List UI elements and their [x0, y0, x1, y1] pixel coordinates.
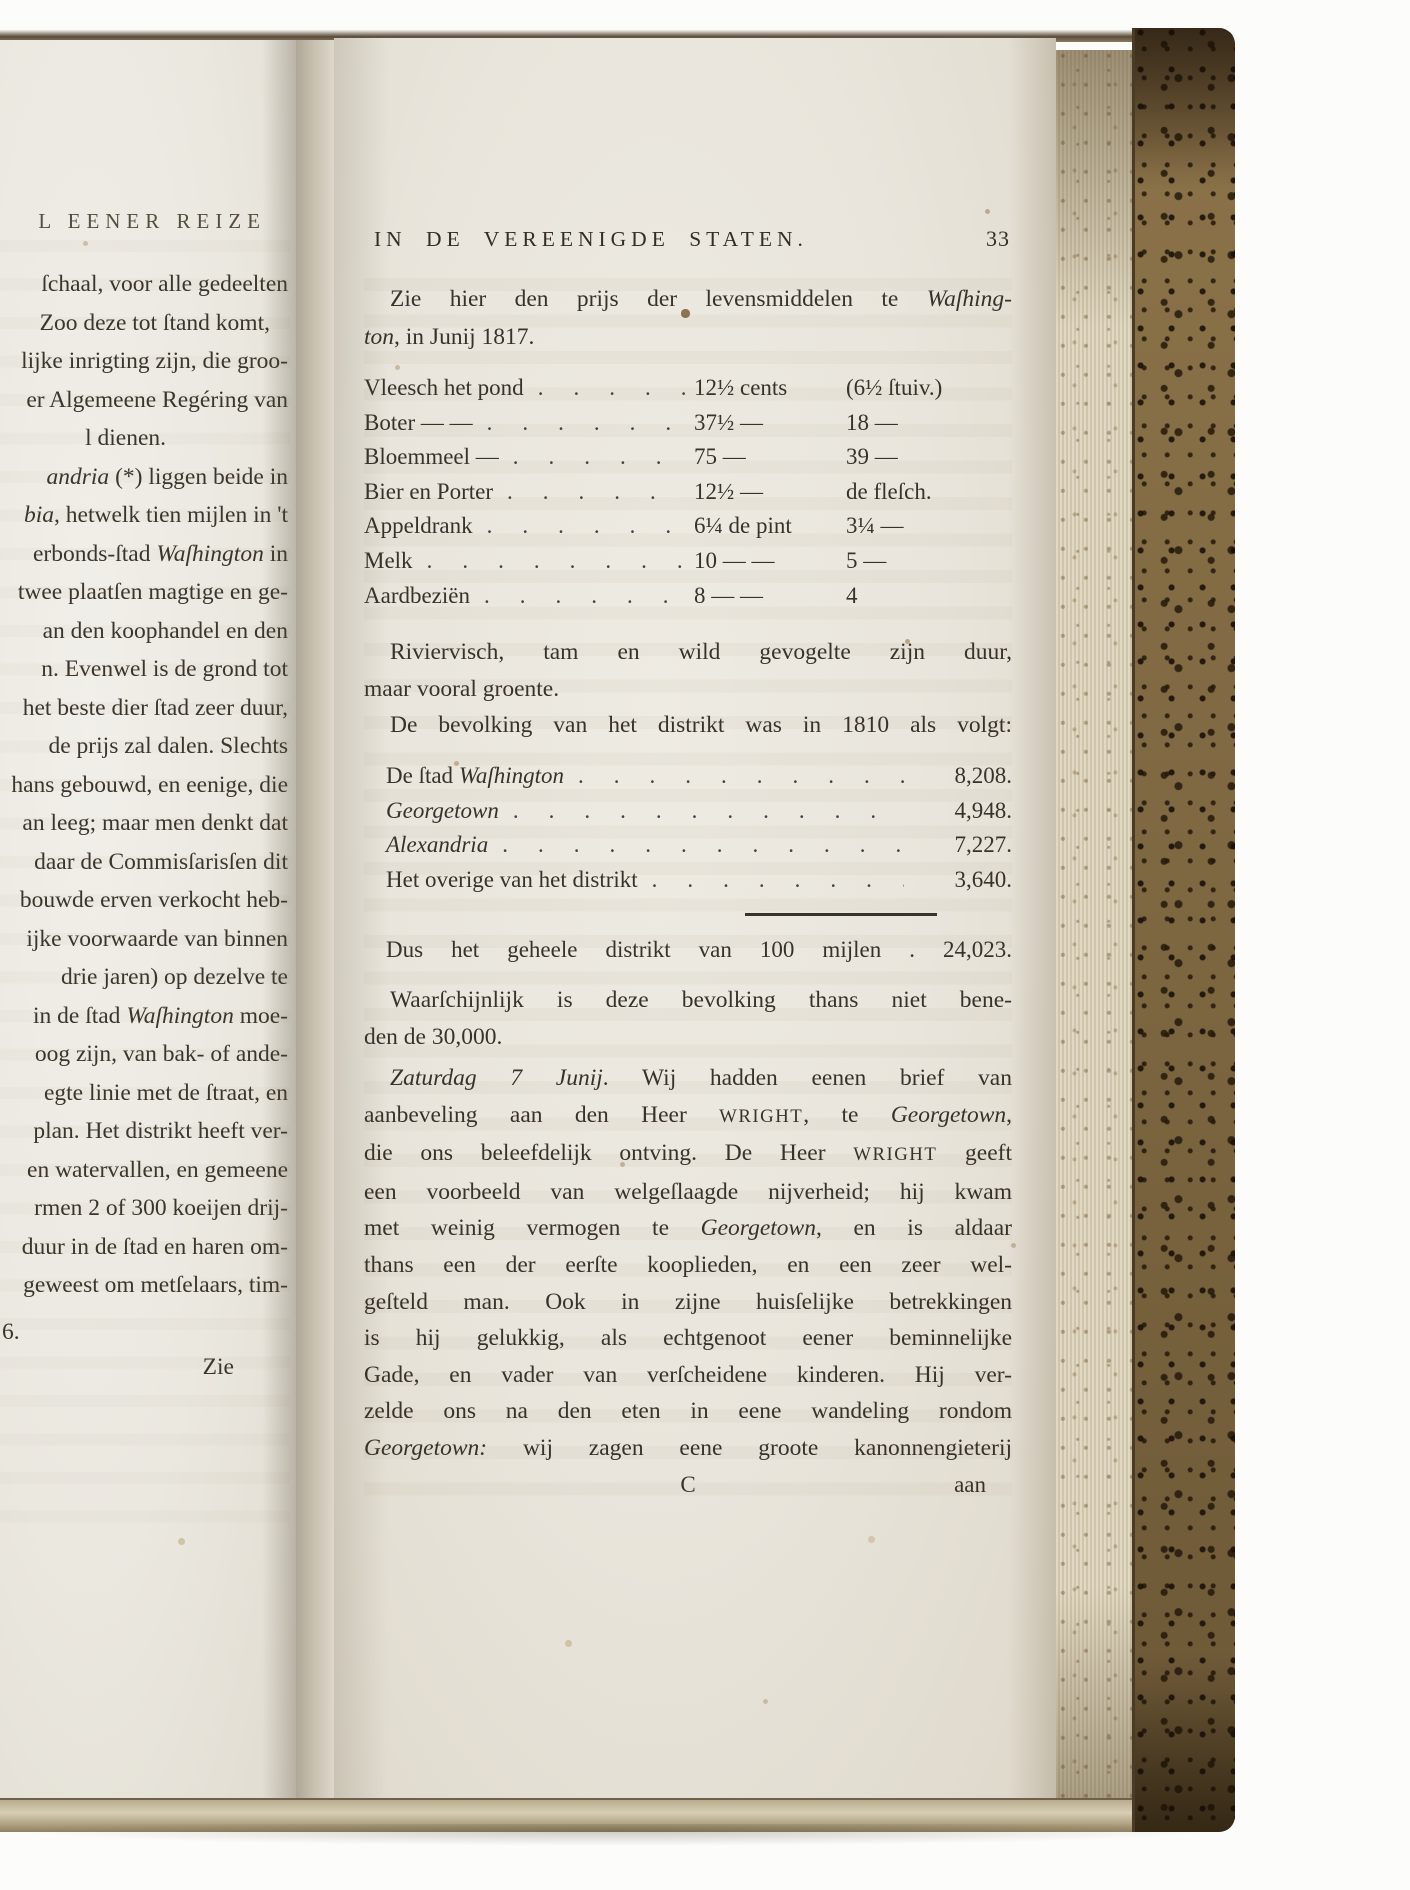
text-line: Waarſchijnlijk is deze bevolking thans n…: [364, 982, 1012, 1019]
left-text-line: geweest om metſelaars, tim-: [23, 1272, 288, 1299]
book-shadow: [10, 1824, 1225, 1846]
text-line: aanbeveling aan den Heer WRIGHT, te Geor…: [364, 1097, 1012, 1136]
text-line: een voorbeeld van welgeſlaagde nijverhei…: [364, 1174, 1012, 1211]
price-stuivers: 5 —: [846, 548, 1012, 574]
left-text-line: in de ſtad Waſhington moe-: [33, 1003, 288, 1030]
dot-leader: ........................: [638, 867, 904, 893]
left-text-line: drie jaren) op dezelve te: [61, 964, 288, 991]
left-text-line: duur in de ſtad en haren om-: [22, 1234, 288, 1261]
price-item-label: Vleesch het pond: [364, 375, 524, 401]
page-number: 33: [986, 226, 1012, 252]
price-item-label: Boter — —: [364, 410, 473, 436]
price-item-label: Appeldrank: [364, 513, 473, 539]
left-text-line: oog zijn, van bak- of ande-: [35, 1041, 288, 1068]
price-cents: 6¼ de pint: [694, 513, 846, 539]
left-text-line: ijke voorwaarde van binnen: [26, 926, 288, 953]
book-photograph: { "book": { "colors": { "paper": "#eae6d…: [0, 0, 1410, 1890]
text-line: Gade, en vader van verſcheidene kinderen…: [364, 1357, 1012, 1394]
dot-leader: ........................: [473, 410, 686, 436]
text-line: die ons beleefdelijk ontving. De Heer WR…: [364, 1135, 1012, 1174]
price-table: Vleesch het pond........................…: [364, 375, 1012, 617]
right-catchword: aan: [954, 1472, 986, 1498]
population-row: Het overige van het distrikt............…: [364, 867, 1012, 902]
left-text-line: twee plaatſen magtige en ge-: [18, 579, 288, 606]
population-value: 3,640.: [912, 867, 1012, 893]
left-running-header: L EENER REIZE: [38, 209, 266, 234]
dot-leader: ........................: [488, 832, 904, 858]
price-row: Bloemmeel —........................75 —3…: [364, 444, 1012, 479]
price-item-label: Melk: [364, 548, 413, 574]
left-text-line: erbonds-ſtad Waſhington in: [33, 541, 288, 568]
price-row: Appeldrank........................6¼ de …: [364, 513, 1012, 548]
price-stuivers: 39 —: [846, 444, 1012, 470]
dot-leader: ........................: [473, 513, 686, 539]
saturday-paragraph: Zaturdag 7 Junij. Wij hadden eenen brief…: [364, 1060, 1012, 1467]
right-page-header: IN DE VEREENIGDE STATEN. 33: [364, 226, 1012, 252]
population-total-line: Dus het geheele distrikt van 100 mijlen …: [364, 933, 1012, 967]
price-item-label: Bier en Porter: [364, 479, 493, 505]
text-line: De bevolking van het distrikt was in 181…: [364, 707, 1012, 744]
left-margin-mark: 6.: [2, 1319, 20, 1346]
price-cents: 10 — —: [694, 548, 846, 574]
price-cents: 12½ cents: [694, 375, 846, 401]
gutter-shadow: [296, 40, 334, 1798]
text-line: Riviervisch, tam en wild gevogelte zijn …: [364, 634, 1012, 671]
right-page-edge-shading: [1008, 38, 1056, 1804]
text-line: de ſchepen en 322 kustvaar-: [0, 1440, 290, 1472]
photo-background: L EENER REIZE ſchaal, voor alle gedeelte…: [0, 0, 1410, 1890]
population-label: De ſtad Waſhington: [386, 763, 564, 789]
price-item-label: Bloemmeel —: [364, 444, 499, 470]
left-text-line: plan. Het distrikt heeft ver-: [33, 1118, 288, 1145]
left-text-line: er Algemeene Regéring van: [26, 387, 288, 414]
left-text-line: bouwde erven verkocht heb-: [20, 887, 288, 914]
right-page-text: IN DE VEREENIGDE STATEN. 33 Zie hier den…: [364, 38, 1012, 1804]
population-label: Het overige van het distrikt: [386, 867, 638, 893]
text-line: ton, in Junij 1817.: [364, 318, 1012, 356]
price-stuivers: 3¼ —: [846, 513, 1012, 539]
right-running-header: IN DE VEREENIGDE STATEN.: [364, 227, 986, 252]
price-stuivers: (6½ ſtuiv.): [846, 375, 1012, 401]
signature-mark: C: [680, 1472, 695, 1497]
dot-leader: ........................: [564, 763, 904, 789]
price-row: Boter — —........................37½ —18…: [364, 410, 1012, 445]
left-text-line: het beste dier ſtad zeer duur,: [23, 695, 288, 722]
right-page: IN DE VEREENIGDE STATEN. 33 Zie hier den…: [334, 38, 1056, 1804]
probably-paragraph: Waarſchijnlijk is deze bevolking thans n…: [364, 982, 1012, 1056]
foxing-spots: [0, 0, 3, 3]
price-row: Melk........................10 — —5 —: [364, 548, 1012, 583]
expensive-goods-paragraph: Riviervisch, tam en wild gevogelte zijn …: [364, 634, 1012, 708]
text-line: zelde ons na den eten in eene wandeling …: [364, 1393, 1012, 1430]
left-page: L EENER REIZE ſchaal, voor alle gedeelte…: [0, 40, 296, 1798]
price-cents: 37½ —: [694, 410, 846, 436]
population-label: Alexandria: [386, 832, 488, 858]
price-cents: 8 — —: [694, 583, 846, 609]
text-line: met weinig vermogen te Georgetown, en is…: [364, 1210, 1012, 1247]
population-row: Georgetown........................4,948.: [364, 798, 1012, 833]
text-line: den de 30,000.: [364, 1019, 1012, 1056]
population-value: 8,208.: [912, 763, 1012, 789]
left-text-line: hans gebouwd, en eenige, die: [11, 772, 288, 799]
left-text-line: en watervallen, en gemeene: [27, 1157, 288, 1184]
text-line: aan het tolhuis te Alexandria: [0, 1408, 290, 1440]
dot-leader: ........................: [524, 375, 686, 401]
left-text-line: n. Evenwel is de grond tot: [41, 656, 288, 683]
text-line: Georgetown: wij zagen eene groote kanonn…: [364, 1430, 1012, 1467]
dot-leader: ........................: [493, 479, 686, 505]
left-text-line: ſchaal, voor alle gedeelten: [41, 271, 288, 298]
price-stuivers: 18 —: [846, 410, 1012, 436]
price-cents: 12½ —: [694, 479, 846, 505]
text-line: Zie hier den prijs der levensmiddelen te…: [364, 280, 1012, 318]
left-page-text: L EENER REIZE ſchaal, voor alle gedeelte…: [0, 40, 296, 1798]
left-text-line: an leeg; maar men denkt dat: [22, 810, 288, 837]
signature-line: C aan: [364, 1472, 1012, 1508]
left-catchword: Zie: [203, 1354, 234, 1381]
text-line: Dus het geheele distrikt van 100 mijlen …: [386, 933, 1012, 967]
left-text-line: daar de Commisſarisſen dit: [34, 849, 288, 876]
price-stuivers: de fleſch.: [846, 479, 1012, 505]
population-row: De ſtad Waſhington......................…: [364, 763, 1012, 798]
price-row: Bier en Porter........................12…: [364, 479, 1012, 514]
left-text-line: bia, hetwelk tien mijlen in 't: [24, 502, 288, 529]
price-item-label: Aardbeziën: [364, 583, 470, 609]
left-text-line: an den koophandel en den: [43, 618, 288, 645]
text-line: maar vooral groente.: [364, 671, 1012, 708]
dot-leader: ........................: [470, 583, 686, 609]
left-text-line: de prijs zal dalen. Slechts: [49, 733, 289, 760]
price-cents: 75 —: [694, 444, 846, 470]
text-line: geſteld man. Ook in zijne huisſelijke be…: [364, 1284, 1012, 1321]
population-intro-paragraph: De bevolking van het distrikt was in 181…: [364, 707, 1012, 744]
intro-paragraph: Zie hier den prijs der levensmiddelen te…: [364, 280, 1012, 356]
text-line: is hij gelukkig, als echtgenoot eener be…: [364, 1320, 1012, 1357]
cover-edge: [1132, 28, 1235, 1832]
population-value: 7,227.: [912, 832, 1012, 858]
dot-leader: ........................: [499, 798, 904, 824]
population-table: De ſtad Waſhington......................…: [364, 763, 1012, 901]
text-line: thans een der eerſte kooplieden, en een …: [364, 1247, 1012, 1284]
text-line: Zaturdag 7 Junij. Wij hadden eenen brief…: [364, 1060, 1012, 1097]
fore-edge-pages: [1056, 50, 1132, 1798]
price-row: Aardbeziën........................8 — —4: [364, 583, 1012, 618]
left-text-line: l dienen.: [85, 425, 166, 452]
left-footnote: aan het tolhuis te Alexandriade ſchepen …: [0, 1408, 290, 1472]
population-label: Georgetown: [386, 798, 499, 824]
population-row: Alexandria........................7,227.: [364, 832, 1012, 867]
dot-leader: ........................: [499, 444, 686, 470]
left-text-line: rmen 2 of 300 koeijen drij-: [34, 1195, 288, 1222]
left-text-line: andria (*) liggen beide in: [47, 464, 289, 491]
sum-rule: [745, 913, 937, 916]
left-text-line: egte linie met de ſtraat, en: [44, 1080, 288, 1107]
dot-leader: ........................: [413, 548, 686, 574]
left-text-line: lijke inrigting zijn, die groo-: [21, 348, 288, 375]
price-row: Vleesch het pond........................…: [364, 375, 1012, 410]
left-text-line: Zoo deze tot ſtand komt,: [40, 310, 270, 337]
price-stuivers: 4: [846, 583, 1012, 609]
population-value: 4,948.: [912, 798, 1012, 824]
